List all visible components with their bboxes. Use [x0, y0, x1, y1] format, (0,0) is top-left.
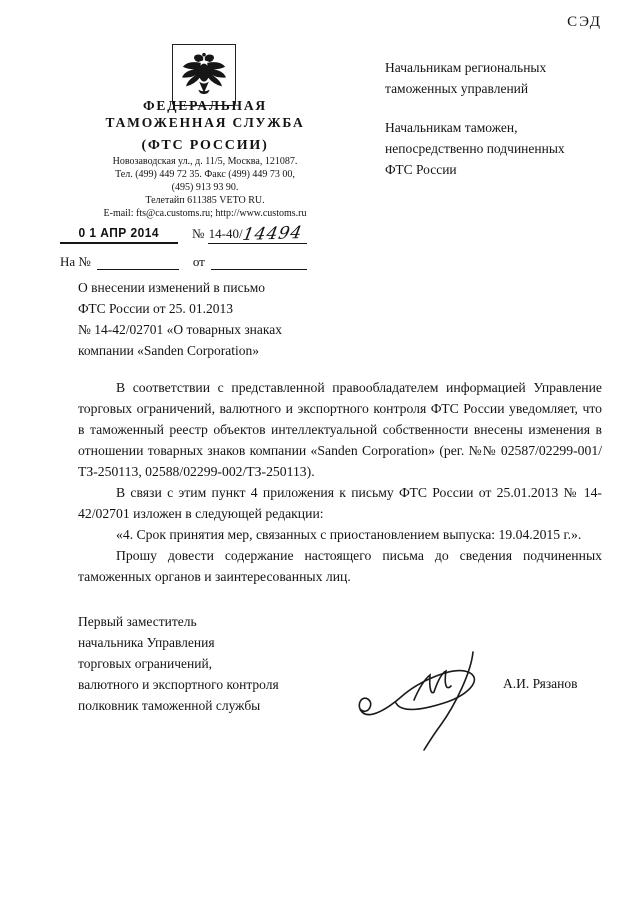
contact-phone-fax: Тел. (499) 449 72 35. Факс (499) 449 73 … — [30, 168, 380, 181]
contact-email-web: E-mail: fts@ca.customs.ru; http://www.cu… — [30, 207, 380, 220]
double-headed-eagle-icon — [178, 50, 230, 100]
addressee-line: Начальникам региональных — [385, 57, 610, 78]
subject-line: компании «Sanden Corporation» — [78, 340, 328, 361]
reference-block: 0 1 АПР 2014 № 14-40/14494 На № от — [60, 222, 370, 270]
reply-from-label: от — [193, 254, 205, 270]
addressee-customs-offices: Начальникам таможен, непосредственно под… — [385, 117, 610, 180]
body-paragraph-3: «4. Срок принятия мер, связанных с приос… — [78, 524, 602, 545]
handwritten-signature — [352, 628, 497, 753]
addressee-regional-directorates: Начальникам региональных таможенных упра… — [385, 57, 610, 99]
subject-line: ФТС России от 25. 01.2013 — [78, 298, 328, 319]
outgoing-number-value: 14-40/14494 — [208, 223, 307, 244]
subject-line: № 14-42/02701 «О товарных знаках — [78, 319, 328, 340]
org-name-line1: ФЕДЕРАЛЬНАЯ — [30, 97, 380, 114]
organization-header: ФЕДЕРАЛЬНАЯ ТАМОЖЕННАЯ СЛУЖБА (ФТС РОССИ… — [30, 97, 380, 154]
letter-body: В соответствии с представленной правообл… — [78, 377, 602, 587]
reply-to-label: На № — [60, 254, 91, 270]
body-paragraph-4: Прошу довести содержание настоящего пись… — [78, 545, 602, 587]
reply-date-blank — [211, 255, 307, 270]
org-name-line2: ТАМОЖЕННАЯ СЛУЖБА — [30, 114, 380, 131]
contact-phone2: (495) 913 93 90. — [30, 181, 380, 194]
signer-position-line: полковник таможенной службы — [78, 695, 348, 716]
subject-line: О внесении изменений в письмо — [78, 277, 328, 298]
signer-position-line: валютного и экспортного контроля — [78, 674, 348, 695]
reply-number-blank — [97, 255, 179, 270]
subject-block: О внесении изменений в письмо ФТС России… — [78, 277, 328, 361]
addressee-line: таможенных управлений — [385, 78, 610, 99]
contact-info-block: Новозаводская ул., д. 11/5, Москва, 1210… — [30, 155, 380, 220]
signer-name: А.И. Рязанов — [503, 676, 578, 692]
contact-address: Новозаводская ул., д. 11/5, Москва, 1210… — [30, 155, 380, 168]
contact-teletype: Телетайп 611385 VETO RU. — [30, 194, 380, 207]
number-sign: № — [192, 226, 204, 241]
outgoing-number-field: № 14-40/14494 — [192, 223, 307, 244]
body-paragraph-1: В соответствии с представленной правообл… — [78, 377, 602, 482]
signer-position-block: Первый заместитель начальника Управления… — [78, 611, 348, 716]
incoming-reference-row: На № от — [60, 246, 370, 270]
outgoing-number-row: 0 1 АПР 2014 № 14-40/14494 — [60, 222, 370, 244]
addressee-line: Начальникам таможен, — [385, 117, 610, 138]
addressee-line: непосредственно подчиненных — [385, 138, 610, 159]
body-paragraph-2: В связи с этим пункт 4 приложения к пись… — [78, 482, 602, 524]
org-name-line3: (ФТС РОССИИ) — [30, 137, 380, 154]
date-stamp: 0 1 АПР 2014 — [79, 225, 159, 240]
date-stamp-field: 0 1 АПР 2014 — [60, 225, 178, 244]
addressee-line: ФТС России — [385, 159, 610, 180]
sed-label: СЭД — [567, 14, 602, 31]
number-handwritten-part: 14494 — [241, 223, 304, 245]
document-page: СЭД ФЕДЕРАЛЬНАЯ ТАМОЖЕННАЯ СЛ — [0, 0, 640, 905]
number-typed-part: 14-40/ — [209, 226, 243, 241]
signer-position-line: начальника Управления — [78, 632, 348, 653]
signer-position-line: Первый заместитель — [78, 611, 348, 632]
addressees-block: Начальникам региональных таможенных упра… — [385, 57, 610, 180]
signer-position-line: торговых ограничений, — [78, 653, 348, 674]
